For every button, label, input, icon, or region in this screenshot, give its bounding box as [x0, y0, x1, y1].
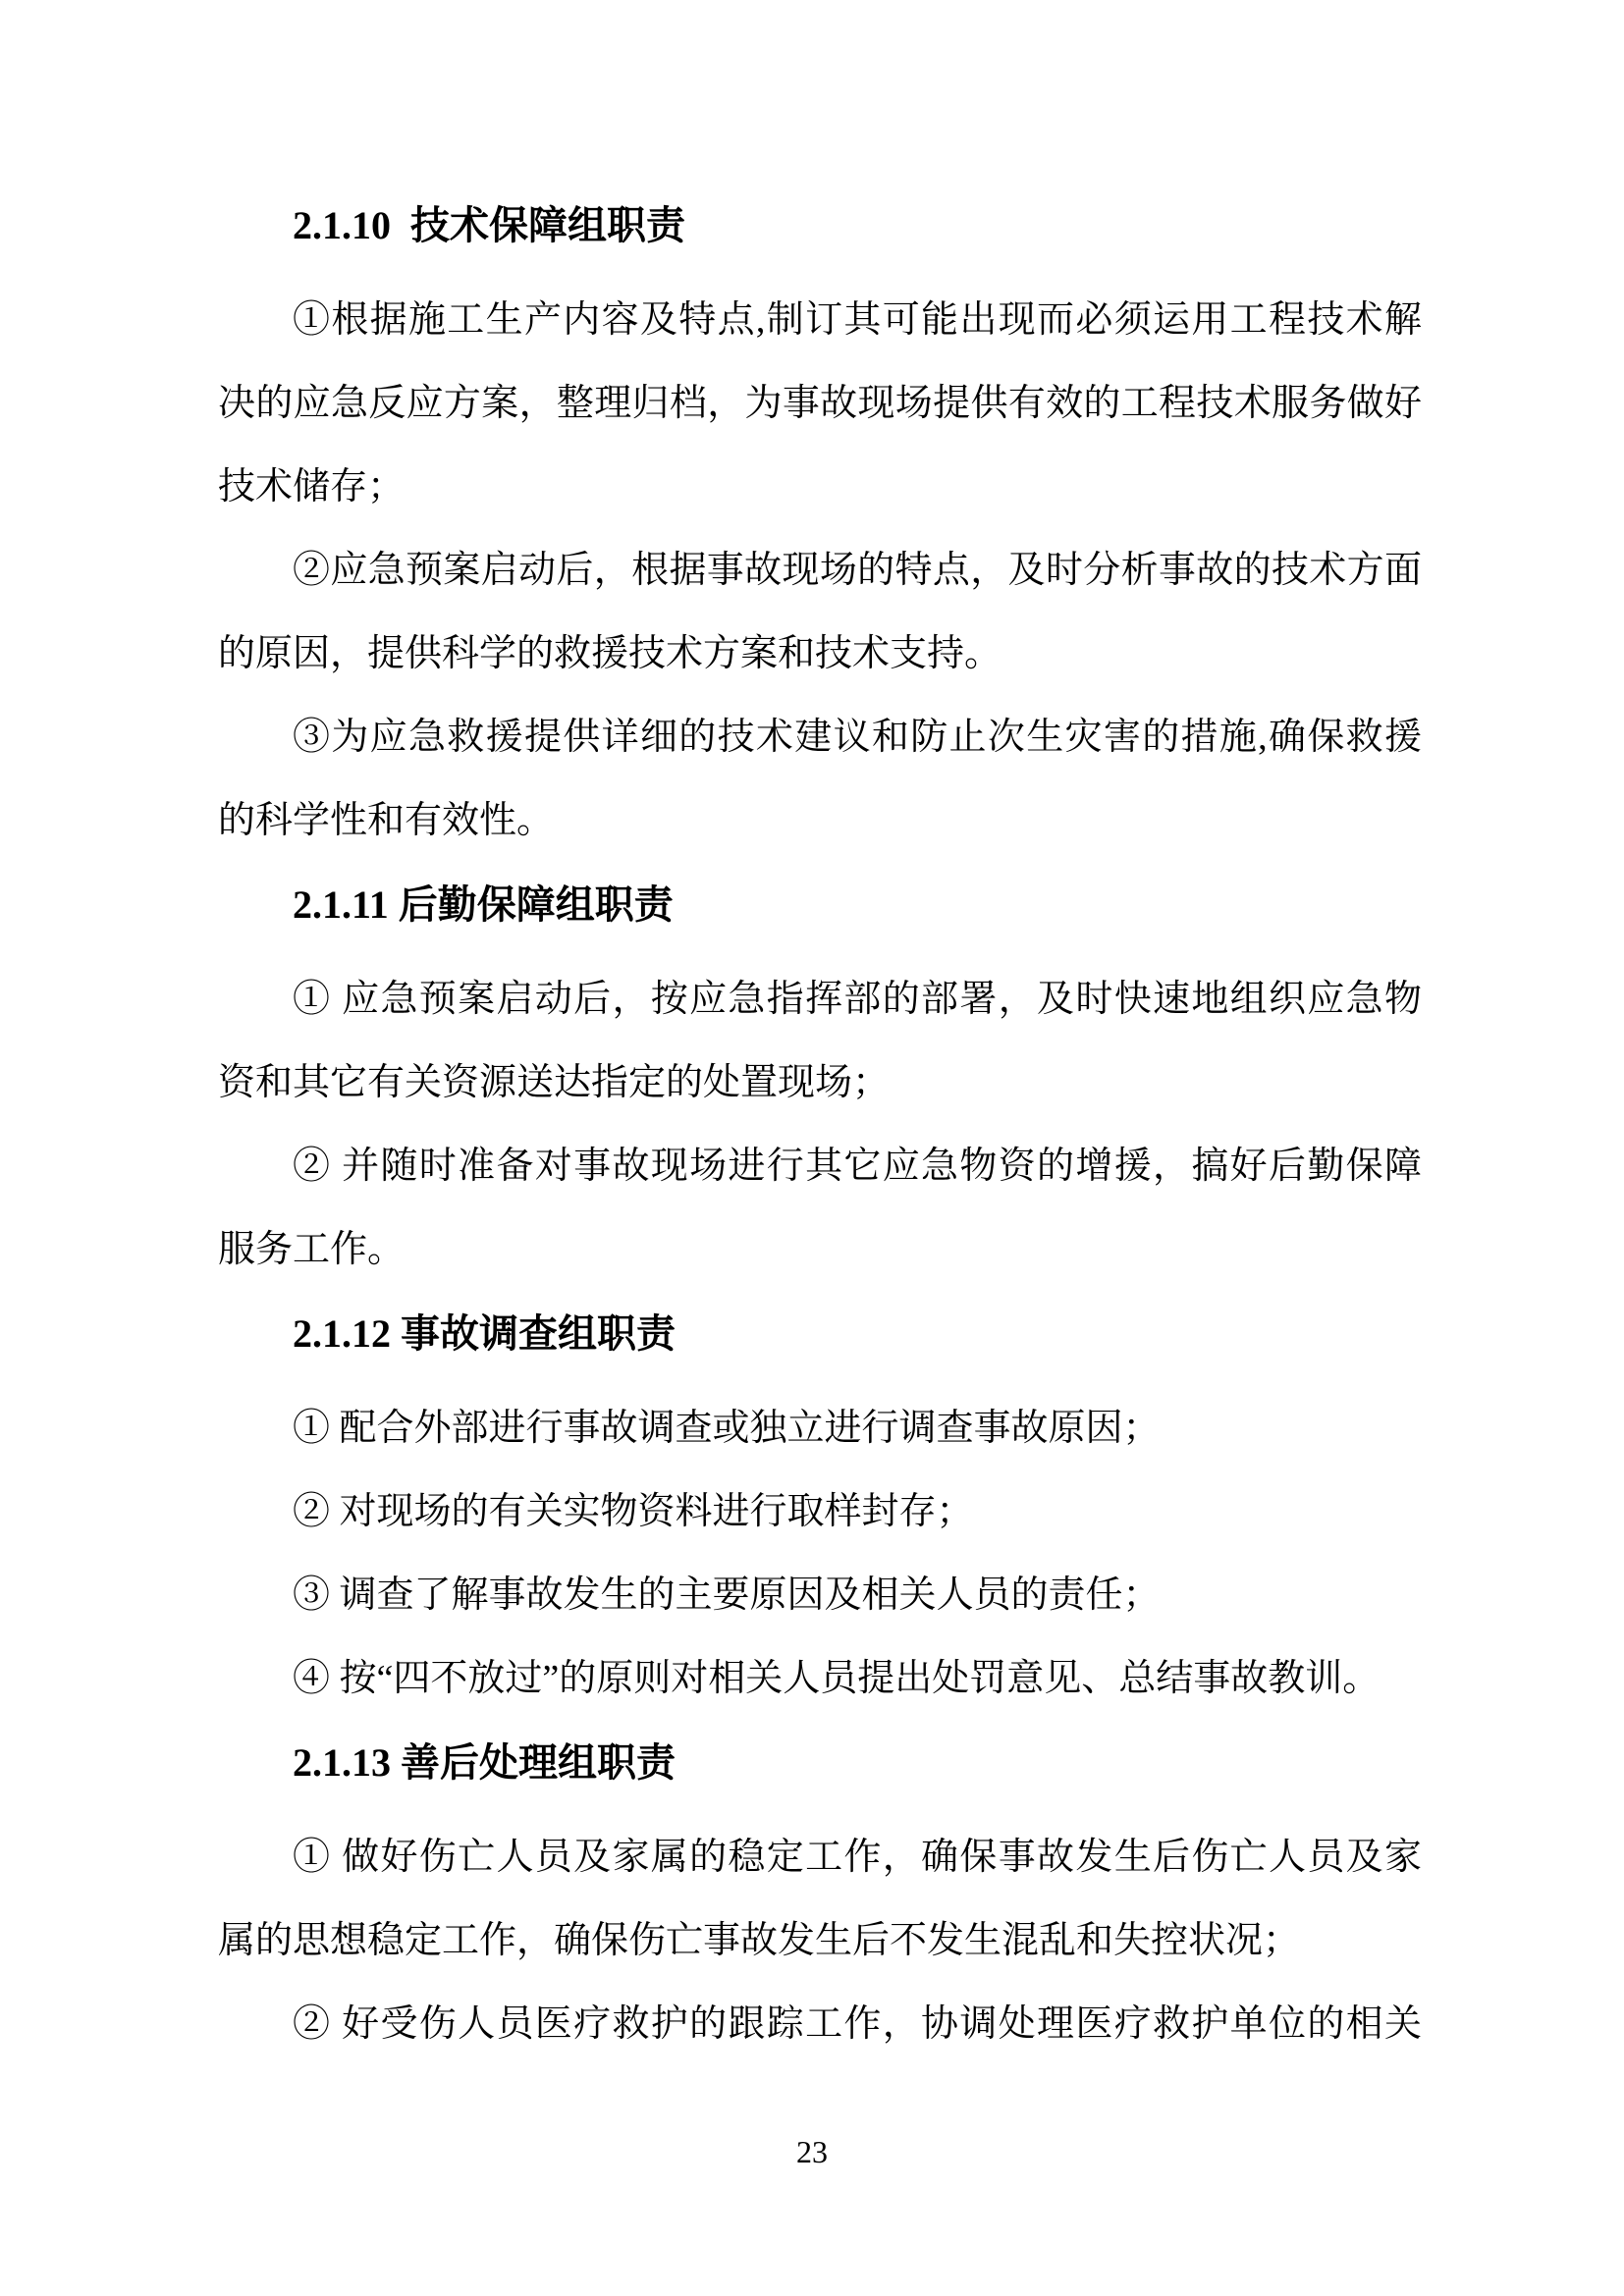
body-line: 的科学性和有效性。	[218, 779, 1422, 863]
body-line: 服务工作。	[218, 1208, 1422, 1292]
body-line: ① 应急预案启动后，按应急指挥部的部署，及时快速地组织应急物	[218, 958, 1422, 1041]
section-heading: 2.1.10 技术保障组职责	[218, 184, 1422, 267]
section-heading: 2.1.12 事故调查组职责	[218, 1292, 1422, 1375]
body-line: ② 对现场的有关实物资料进行取样封存；	[218, 1470, 1422, 1554]
section-heading: 2.1.13 善后处理组职责	[218, 1721, 1422, 1804]
body-line: ④ 按“四不放过”的原则对相关人员提出处罚意见、总结事故教训。	[218, 1637, 1422, 1721]
body-line: ① 做好伤亡人员及家属的稳定工作，确保事故发生后伤亡人员及家	[218, 1816, 1422, 1899]
body-line: ③ 调查了解事故发生的主要原因及相关人员的责任；	[218, 1554, 1422, 1637]
section-heading: 2.1.11 后勤保障组职责	[218, 863, 1422, 946]
body-line: 资和其它有关资源送达指定的处置现场；	[218, 1041, 1422, 1125]
body-line: ①根据施工生产内容及特点,制订其可能出现而必须运用工程技术解	[218, 279, 1422, 362]
body-line: 属的思想稳定工作，确保伤亡事故发生后不发生混乱和失控状况；	[218, 1899, 1422, 1983]
document-body: 2.1.10 技术保障组职责 ①根据施工生产内容及特点,制订其可能出现而必须运用…	[218, 184, 1422, 2066]
body-line: ② 好受伤人员医疗救护的跟踪工作，协调处理医疗救护单位的相关	[218, 1983, 1422, 2066]
body-line: 技术储存；	[218, 446, 1422, 529]
document-page: 2.1.10 技术保障组职责 ①根据施工生产内容及特点,制订其可能出现而必须运用…	[0, 0, 1624, 2296]
body-line: ③为应急救援提供详细的技术建议和防止次生灾害的措施,确保救援	[218, 696, 1422, 779]
body-line: ② 并随时准备对事故现场进行其它应急物资的增援，搞好后勤保障	[218, 1125, 1422, 1208]
body-line: 决的应急反应方案，整理归档，为事故现场提供有效的工程技术服务做好	[218, 362, 1422, 446]
body-line: ① 配合外部进行事故调查或独立进行调查事故原因；	[218, 1387, 1422, 1470]
body-line: 的原因，提供科学的救援技术方案和技术支持。	[218, 613, 1422, 696]
body-line: ②应急预案启动后，根据事故现场的特点，及时分析事故的技术方面	[218, 529, 1422, 613]
page-number: 23	[0, 2120, 1624, 2183]
